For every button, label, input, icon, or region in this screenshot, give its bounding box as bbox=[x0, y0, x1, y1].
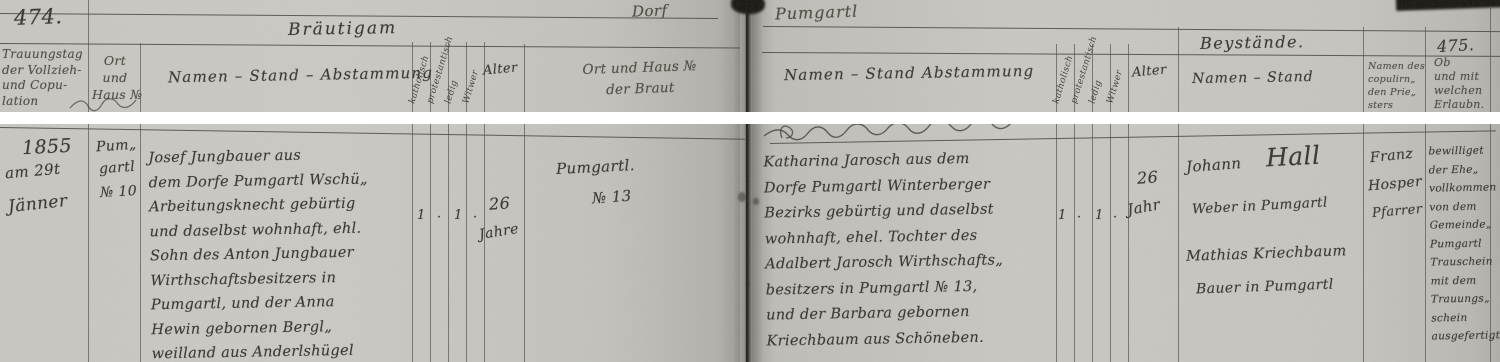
white-scan-stripe bbox=[0, 112, 1500, 124]
left-header-rule bbox=[0, 43, 740, 49]
left-page-number: 474. bbox=[14, 4, 63, 30]
bride-check-ledig: 1 bbox=[1095, 208, 1104, 223]
bride-age-unit: Jahr bbox=[1126, 195, 1162, 219]
right-col-rule-7 bbox=[1363, 27, 1364, 362]
witness-section-title: Beystände. bbox=[1200, 32, 1305, 53]
groom-house-number: № 10 bbox=[100, 183, 138, 201]
bride-house-number: № 13 bbox=[591, 187, 632, 208]
left-col-name-header: Namen – Stand – Abstammung bbox=[168, 64, 433, 87]
right-col-ledig-label: ledig bbox=[1087, 79, 1104, 105]
book-fold-line bbox=[746, 0, 748, 362]
right-col-rule-8 bbox=[1425, 27, 1426, 362]
right-top-annotation: Pumgartl bbox=[775, 2, 859, 24]
right-page-number: 475. bbox=[1437, 35, 1475, 56]
left-page: 474. Dorf Bräutigam Trauungstagder Vollz… bbox=[0, 0, 740, 362]
right-col-priest-header: Namen descopulirn„den Prie„sters bbox=[1368, 60, 1424, 112]
left-col-ledig-label: ledig bbox=[443, 79, 460, 105]
right-col-age-header: Alter bbox=[1131, 63, 1167, 81]
bride-check-katholisch: 1 bbox=[1058, 208, 1067, 223]
priest-line3: Pfarrer bbox=[1371, 202, 1423, 221]
permission-note-text: bewilligetder Ehe„vollkommenvon demGemei… bbox=[1428, 141, 1494, 346]
record-year: 1855 bbox=[21, 135, 72, 160]
right-top-rule bbox=[763, 26, 1500, 33]
groom-check-ledig: 1 bbox=[454, 208, 463, 223]
groom-check-katholisch: 1 bbox=[417, 208, 426, 223]
groom-place-line1: Pum„ bbox=[95, 137, 137, 156]
priest-line2: Hosper bbox=[1367, 174, 1422, 195]
record-day: am 29t bbox=[4, 160, 61, 183]
cutoff-previous-line-squiggle bbox=[762, 124, 1062, 142]
groom-entry-text: Josef Jungbauer ausdem Dorfe Pumgartl Ws… bbox=[148, 142, 418, 362]
right-col-witwer-label: Witwer bbox=[1105, 69, 1125, 105]
left-col-rule-7 bbox=[484, 42, 485, 362]
right-col-rule-6 bbox=[1178, 27, 1179, 362]
priest-line1: Franz bbox=[1369, 146, 1414, 166]
groom-check-witwer: · bbox=[473, 210, 478, 225]
right-col-witness-header: Namen – Stand bbox=[1192, 69, 1314, 87]
bride-entry-text: Katharina Jarosch aus demDorfe Pumgartl … bbox=[763, 145, 1059, 354]
bride-check-witwer: · bbox=[1113, 210, 1118, 225]
bride-place-name: Pumgartl. bbox=[556, 156, 636, 178]
left-col-rule-1 bbox=[88, 0, 89, 362]
witness2-name: Mathias Kriechbaum bbox=[1186, 243, 1347, 265]
groom-check-protestantisch: · bbox=[437, 210, 442, 225]
right-page: Pumgartl Beystände. 475. Namen – Stand A… bbox=[752, 0, 1500, 362]
left-col-bride-place-header: Ort und Haus №der Braut bbox=[551, 55, 728, 103]
right-header-rule bbox=[762, 52, 1500, 57]
header-flourish-squiggle bbox=[68, 96, 138, 112]
left-col-rule-8 bbox=[524, 44, 525, 362]
right-col-name-header: Namen – Stand Abstammung bbox=[784, 62, 1035, 84]
groom-age-number: 26 bbox=[488, 193, 510, 213]
groom-place-line2: gartl bbox=[98, 159, 135, 177]
record-month: Jänner bbox=[7, 191, 68, 217]
left-col-witwer-label: Witwer bbox=[461, 69, 481, 105]
marriage-register-scan: 474. Dorf Bräutigam Trauungstagder Vollz… bbox=[0, 0, 1500, 362]
witness1-first-name: Johann bbox=[1185, 154, 1241, 176]
left-top-annotation: Dorf bbox=[632, 1, 668, 20]
left-col-age-header: Alter bbox=[482, 61, 518, 79]
right-col-permission-header: Obund mitwelchenErlaubn. bbox=[1434, 56, 1490, 112]
witness1-last-name: Hall bbox=[1265, 141, 1321, 173]
bride-age-number: 26 bbox=[1136, 167, 1158, 187]
left-section-title: Bräutigam bbox=[288, 18, 397, 40]
witness2-description: Bauer in Pumgartl bbox=[1196, 277, 1334, 298]
bride-check-protestantisch: · bbox=[1077, 210, 1082, 225]
witness1-description: Weber in Pumgartl bbox=[1192, 194, 1328, 217]
